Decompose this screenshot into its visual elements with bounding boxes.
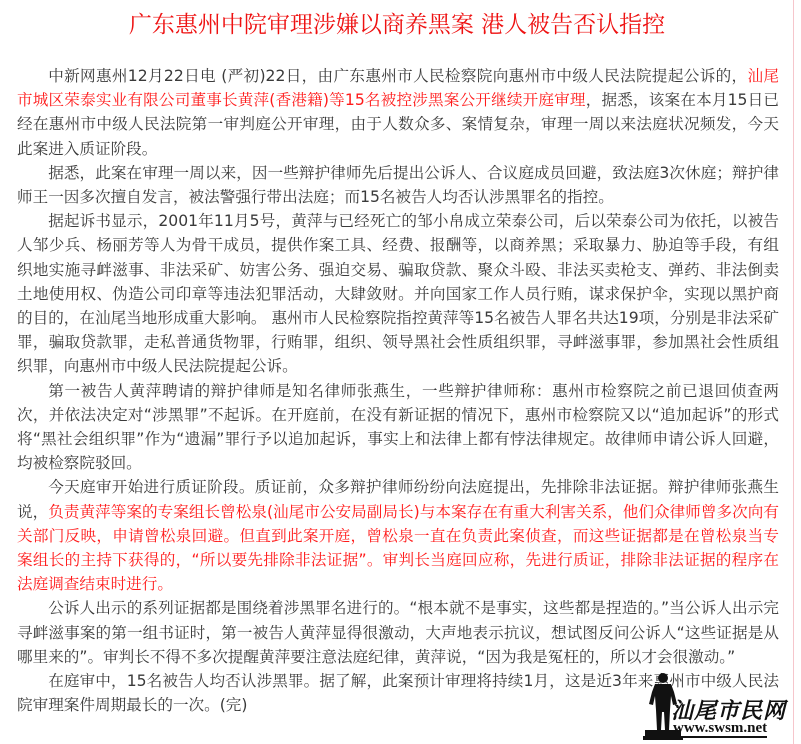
paragraph-text: 据悉，此案在审理一周以来，因一些辩护律师先后提出公诉人、合议庭成员回避，致法庭3…	[17, 164, 779, 206]
paragraph-6: 公诉人出示的系列证据都是围绕着涉黑罪名进行的。“根本就不是事实，这些都是捏造的。…	[17, 596, 779, 669]
article-title: 广东惠州中院审理涉嫌以商养黑案 港人被告否认指控	[0, 10, 794, 40]
article-body: 中新网惠州12月22日电 (严初)22日，由广东惠州市人民检察院向惠州市中级人民…	[17, 64, 779, 717]
site-watermark: 汕尾市民网 www.swsm.net	[643, 672, 793, 740]
paragraph-text: 中新网惠州12月22日电 (严初)22日，由广东惠州市人民检察院向惠州市中级人民…	[48, 67, 747, 85]
paragraph-2: 据悉，此案在审理一周以来，因一些辩护律师先后提出公诉人、合议庭成员回避，致法庭3…	[17, 161, 779, 209]
paragraph-3: 据起诉书显示，2001年11月5号，黄萍与已经死亡的邹小帛成立荣泰公司，后以荣泰…	[17, 209, 779, 378]
paragraph-text: 据起诉书显示，2001年11月5号，黄萍与已经死亡的邹小帛成立荣泰公司，后以荣泰…	[17, 212, 779, 375]
watermark-url: www.swsm.net	[673, 720, 767, 738]
paragraph-1: 中新网惠州12月22日电 (严初)22日，由广东惠州市人民检察院向惠州市中级人民…	[17, 64, 779, 161]
highlighted-text: 负责黄萍等案的专案组长曾松泉(汕尾市公安局副局长)与本案存在有重大利害关系，他们…	[17, 503, 779, 594]
paragraph-4: 第一被告人黄萍聘请的辩护律师是知名律师张燕生，一些辩护律师称：惠州市检察院之前已…	[17, 379, 779, 476]
paragraph-5: 今天庭审开始进行质证阶段。质证前，众多辩护律师纷纷向法庭提出，先排除非法证据。辩…	[17, 475, 779, 596]
paragraph-text: 第一被告人黄萍聘请的辩护律师是知名律师张燕生，一些辩护律师称：惠州市检察院之前已…	[17, 382, 779, 473]
paragraph-text: 公诉人出示的系列证据都是围绕着涉黑罪名进行的。“根本就不是事实，这些都是捏造的。…	[17, 599, 779, 665]
